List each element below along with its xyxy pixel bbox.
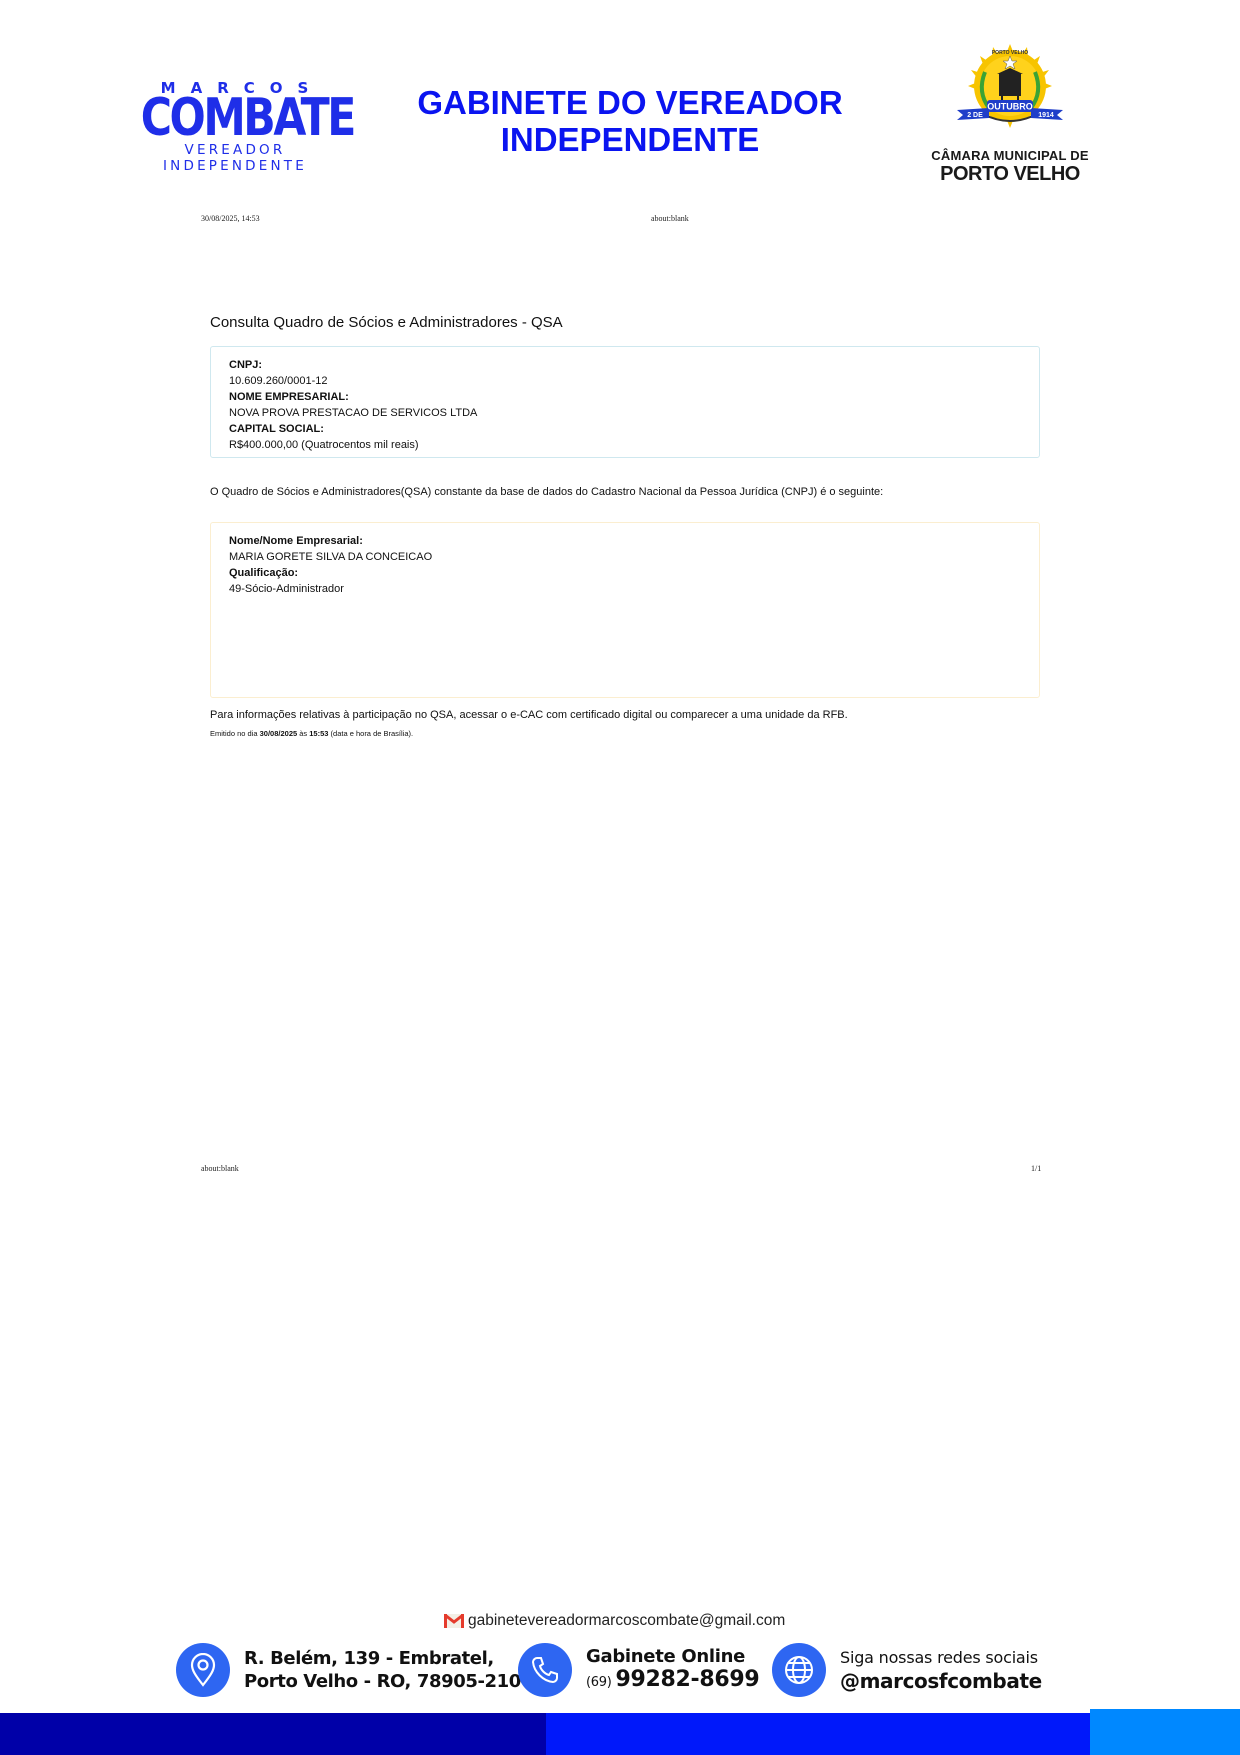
cnpj-label: CNPJ: [229, 357, 1039, 373]
address-line2: Porto Velho - RO, 78905-210 [244, 1670, 521, 1693]
seal-ribbon-text: OUTUBRO [987, 102, 1033, 112]
cnpj-value: 10.609.260/0001-12 [229, 373, 1039, 389]
porto-velho-seal-icon: PORTO VELHO OUTUBRO 2 DE 1914 [955, 42, 1065, 142]
footer-social[interactable]: Siga nossas redes sociais @marcosfcombat… [772, 1643, 1042, 1697]
emission-note: Emitido no dia 30/08/2025 às 15:53 (data… [210, 729, 413, 738]
phone-number: 99282-8699 [616, 1667, 760, 1692]
footer-email-text: gabinetevereadormarcoscombate@gmail.com [468, 1612, 785, 1630]
footer-bar-dark-blue [0, 1713, 546, 1755]
gmail-icon [444, 1613, 464, 1629]
qsa-intro-text: O Quadro de Sócios e Administradores(QSA… [210, 486, 883, 498]
seal-top-text: PORTO VELHO [992, 50, 1028, 56]
partner-qualification-label: Qualificação: [229, 565, 1039, 581]
seal-right-text: 1914 [1038, 112, 1054, 119]
footer-email[interactable]: gabinetevereadormarcoscombate@gmail.com [444, 1612, 785, 1630]
social-title: Siga nossas redes sociais [840, 1647, 1042, 1669]
emission-suffix: (data e hora de Brasília). [328, 729, 413, 738]
company-name-label: NOME EMPRESARIAL: [229, 389, 1039, 405]
print-footer-page: 1/1 [1031, 1164, 1041, 1173]
partner-box: Nome/Nome Empresarial: MARIA GORETE SILV… [210, 522, 1040, 698]
globe-icon [772, 1643, 826, 1697]
capital-label: CAPITAL SOCIAL: [229, 421, 1039, 437]
footer-bar-blue [546, 1713, 1090, 1755]
emission-time: 15:53 [309, 729, 328, 738]
partner-name-label: Nome/Nome Empresarial: [229, 533, 1039, 549]
social-handle: @marcosfcombate [840, 1669, 1042, 1693]
address-line1: R. Belém, 139 - Embratel, [244, 1647, 521, 1670]
print-footer-url: about:blank [201, 1164, 239, 1173]
letterhead-title-line1: GABINETE DO VEREADOR [400, 84, 860, 121]
letterhead-title-line2: INDEPENDENTE [400, 121, 860, 158]
company-info-box: CNPJ: 10.609.260/0001-12 NOME EMPRESARIA… [210, 346, 1040, 458]
company-name-value: NOVA PROVA PRESTACAO DE SERVICOS LTDA [229, 405, 1039, 421]
logo-main-text: COMBATE [141, 96, 330, 140]
emission-date: 30/08/2025 [260, 729, 298, 738]
camara-municipal-logo: PORTO VELHO OUTUBRO 2 DE 1914 CÂMARA MUN… [925, 40, 1095, 190]
phone-icon [518, 1643, 572, 1697]
print-header-url: about:blank [651, 214, 689, 223]
qsa-info-text: Para informações relativas à participaçã… [210, 709, 848, 721]
print-header-datetime: 30/08/2025, 14:53 [201, 214, 260, 223]
location-pin-icon [176, 1643, 230, 1697]
seal-left-text: 2 DE [967, 112, 983, 119]
phone-ddd: (69) [586, 1675, 612, 1690]
emission-prefix: Emitido no dia [210, 729, 260, 738]
document-title: Consulta Quadro de Sócios e Administrado… [210, 314, 563, 331]
partner-qualification-value: 49-Sócio-Administrador [229, 581, 1039, 597]
camara-name-line1: CÂMARA MUNICIPAL DE [925, 148, 1095, 163]
letterhead-title: GABINETE DO VEREADOR INDEPENDENTE [400, 84, 860, 158]
phone-title: Gabinete Online [586, 1646, 759, 1668]
camara-name-line2: PORTO VELHO [925, 163, 1095, 185]
footer-phone[interactable]: Gabinete Online (69)99282-8699 [518, 1643, 759, 1697]
footer-address: R. Belém, 139 - Embratel, Porto Velho - … [176, 1643, 521, 1697]
marcos-combate-logo: MARCOS COMBATE VEREADOR INDEPENDENTE [120, 80, 350, 174]
capital-value: R$400.000,00 (Quatrocentos mil reais) [229, 437, 1039, 453]
emission-middle: às [297, 729, 309, 738]
partner-name-value: MARIA GORETE SILVA DA CONCEICAO [229, 549, 1039, 565]
footer-bar-light-blue [1090, 1709, 1240, 1755]
